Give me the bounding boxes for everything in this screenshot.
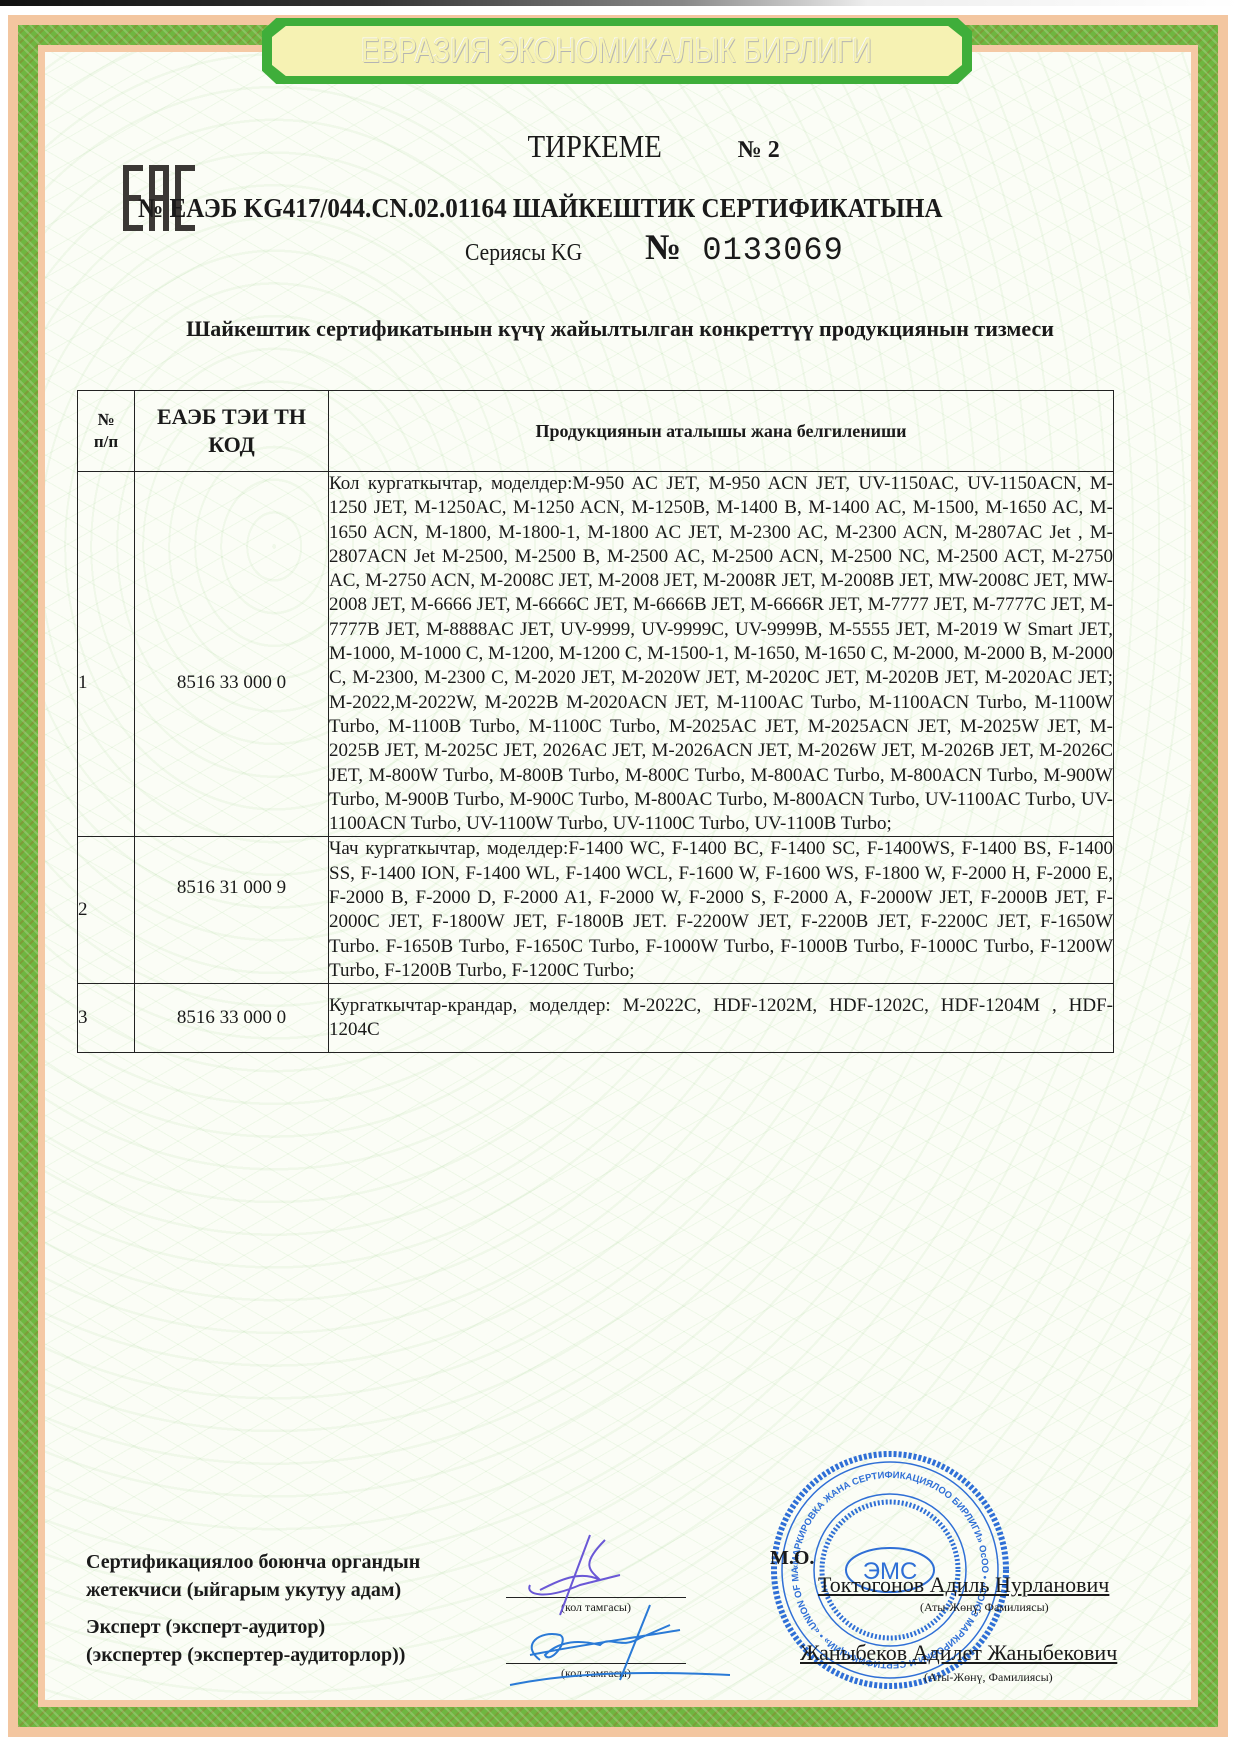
expert-label-line1: Эксперт (эксперт-аудитор): [86, 1613, 405, 1641]
row-code: 8516 31 000 9: [135, 837, 329, 984]
appendix-title-text: ТИРКЕМЕ: [528, 128, 662, 165]
expert-signatory-label: Эксперт (эксперт-аудитор) (экспертер (эк…: [86, 1613, 405, 1669]
header-no-line1: №: [78, 409, 134, 431]
head-label-line2: жетекчиси (ыйгарым укутуу адам): [86, 1576, 420, 1604]
expert-handwritten-signature-icon: [500, 1600, 780, 1695]
header-code-line1: ЕАЭБ ТЭИ ТН: [135, 403, 328, 431]
header-name: Продукциянын аталышы жана белгилениши: [329, 391, 1114, 472]
row-products: Кургаткычтар-крандар, моделдер: M-2022C,…: [329, 984, 1114, 1053]
header-banner: ЕВРАЗИЯ ЭКОНОМИКАЛЫК БИРЛИГИ: [272, 26, 962, 76]
expert-label-line2: (экспертер (экспертер-аудиторлор)): [86, 1641, 405, 1669]
header-code: ЕАЭБ ТЭИ ТН КОД: [135, 391, 329, 472]
table-row: 3 8516 33 000 0 Кургаткычтар-крандар, мо…: [78, 984, 1114, 1053]
row-no: 2: [78, 837, 135, 984]
table-header-row: № п/п ЕАЭБ ТЭИ ТН КОД Продукциянын аталы…: [78, 391, 1114, 472]
head-label-line1: Сертификациялоо боюнча органдын: [86, 1548, 420, 1576]
banner-text: ЕВРАЗИЯ ЭКОНОМИКАЛЫК БИРЛИГИ: [362, 32, 873, 71]
appendix-number: № 2: [738, 137, 780, 164]
table-row: 1 8516 33 000 0 Кол кургаткычтар, моделд…: [78, 472, 1114, 837]
scan-edge: [0, 0, 1240, 6]
header-no: № п/п: [78, 391, 135, 472]
expert-full-name: Жаныбеков Адилет Жаныбекович: [800, 1640, 1117, 1666]
expert-name-caption: (Аты-Жөнү, Фамилиясы): [924, 1670, 1053, 1685]
row-code: 8516 33 000 0: [135, 472, 329, 837]
header-code-line2: КОД: [135, 431, 328, 459]
list-subtitle: Шайкештик сертификатынын күчү жайылтылга…: [0, 316, 1240, 342]
row-no: 3: [78, 984, 135, 1053]
certificate-number-line: № ЕАЭБ KG417/044.CN.02.01164 ШАЙКЕШТИК С…: [138, 193, 1031, 224]
row-code: 8516 33 000 0: [135, 984, 329, 1053]
series-label: Сериясы KG: [465, 240, 582, 267]
series-no-sign: №: [645, 227, 682, 267]
appendix-title: ТИРКЕМЕ № 2: [0, 128, 1240, 165]
series-number-block: № 0133069: [645, 226, 844, 269]
table-row: 2 8516 31 000 9 Чач кургаткычтар, моделд…: [78, 837, 1114, 984]
series-number: 0133069: [702, 232, 843, 269]
head-full-name: Токтогонов Адиль Нурланович: [818, 1572, 1109, 1598]
head-signatory-label: Сертификациялоо боюнча органдын жетекчис…: [86, 1548, 420, 1604]
head-name-caption: (Аты-Жөнү, Фамилиясы): [920, 1600, 1049, 1615]
seal-label: М.О.: [770, 1547, 814, 1570]
products-table: № п/п ЕАЭБ ТЭИ ТН КОД Продукциянын аталы…: [77, 390, 1114, 1053]
row-no: 1: [78, 472, 135, 837]
row-products: Кол кургаткычтар, моделдер:M-950 AC JET,…: [329, 472, 1114, 837]
row-products: Чач кургаткычтар, моделдер:F-1400 WC, F-…: [329, 837, 1114, 984]
header-no-line2: п/п: [78, 431, 134, 453]
series-line: Сериясы KG № 0133069: [465, 240, 595, 267]
